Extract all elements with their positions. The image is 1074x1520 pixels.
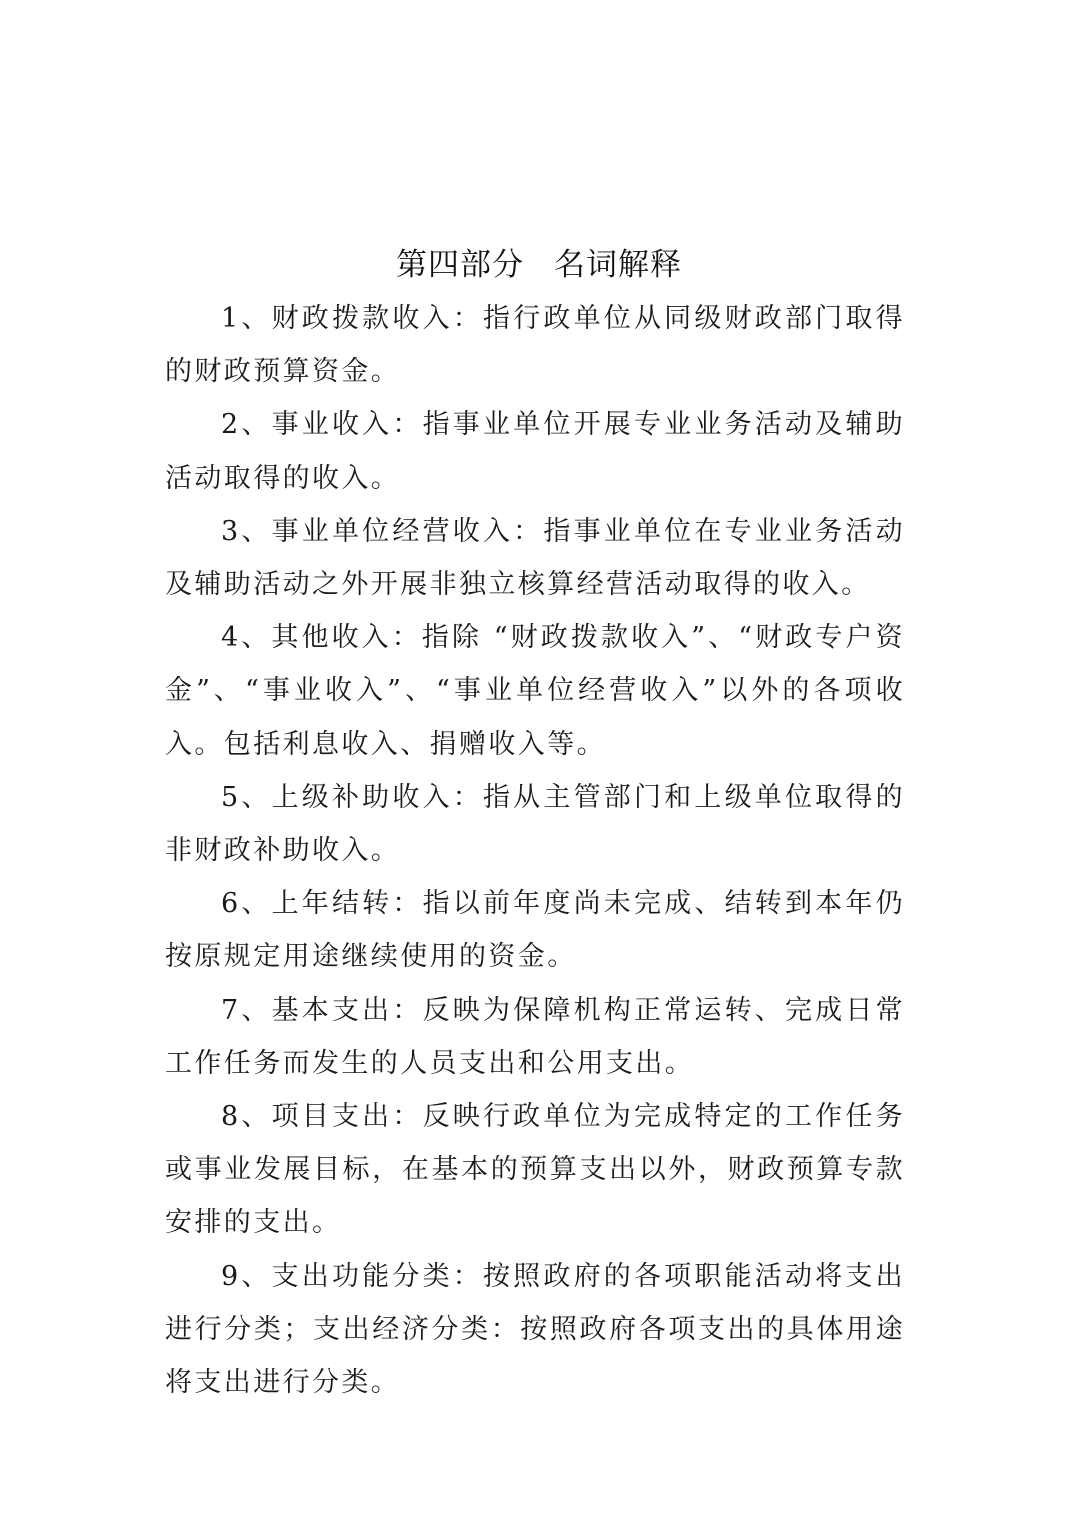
definition-paragraph-4: 4、其他收入：指除 “财政拨款收入”、“财政专户资金”、“事业收入”、“事业单位… (165, 611, 905, 771)
title-name: 名词解释 (554, 247, 682, 283)
title-part: 第四部分 (396, 247, 524, 283)
definition-paragraph-5: 5、上级补助收入：指从主管部门和上级单位取得的非财政补助收入。 (165, 771, 905, 877)
definition-paragraph-9: 9、支出功能分类：按照政府的各项职能活动将支出进行分类；支出经济分类：按照政府各… (165, 1250, 905, 1410)
definition-paragraph-3: 3、事业单位经营收入：指事业单位在专业业务活动及辅助活动之外开展非独立核算经营活… (165, 505, 905, 611)
definition-paragraph-1: 1、财政拨款收入：指行政单位从同级财政部门取得的财政预算资金。 (165, 292, 905, 398)
definition-paragraph-7: 7、基本支出：反映为保障机构正常运转、完成日常工作任务而发生的人员支出和公用支出… (165, 984, 905, 1090)
definition-paragraph-2: 2、事业收入：指事业单位开展专业业务活动及辅助活动取得的收入。 (165, 398, 905, 504)
definition-paragraph-8: 8、项目支出：反映行政单位为完成特定的工作任务或事业发展目标，在基本的预算支出以… (165, 1090, 905, 1250)
document-page: 第四部分名词解释 1、财政拨款收入：指行政单位从同级财政部门取得的财政预算资金。… (165, 238, 905, 1409)
page-title: 第四部分名词解释 (165, 238, 905, 292)
definition-paragraph-6: 6、上年结转：指以前年度尚未完成、结转到本年仍按原规定用途继续使用的资金。 (165, 877, 905, 983)
